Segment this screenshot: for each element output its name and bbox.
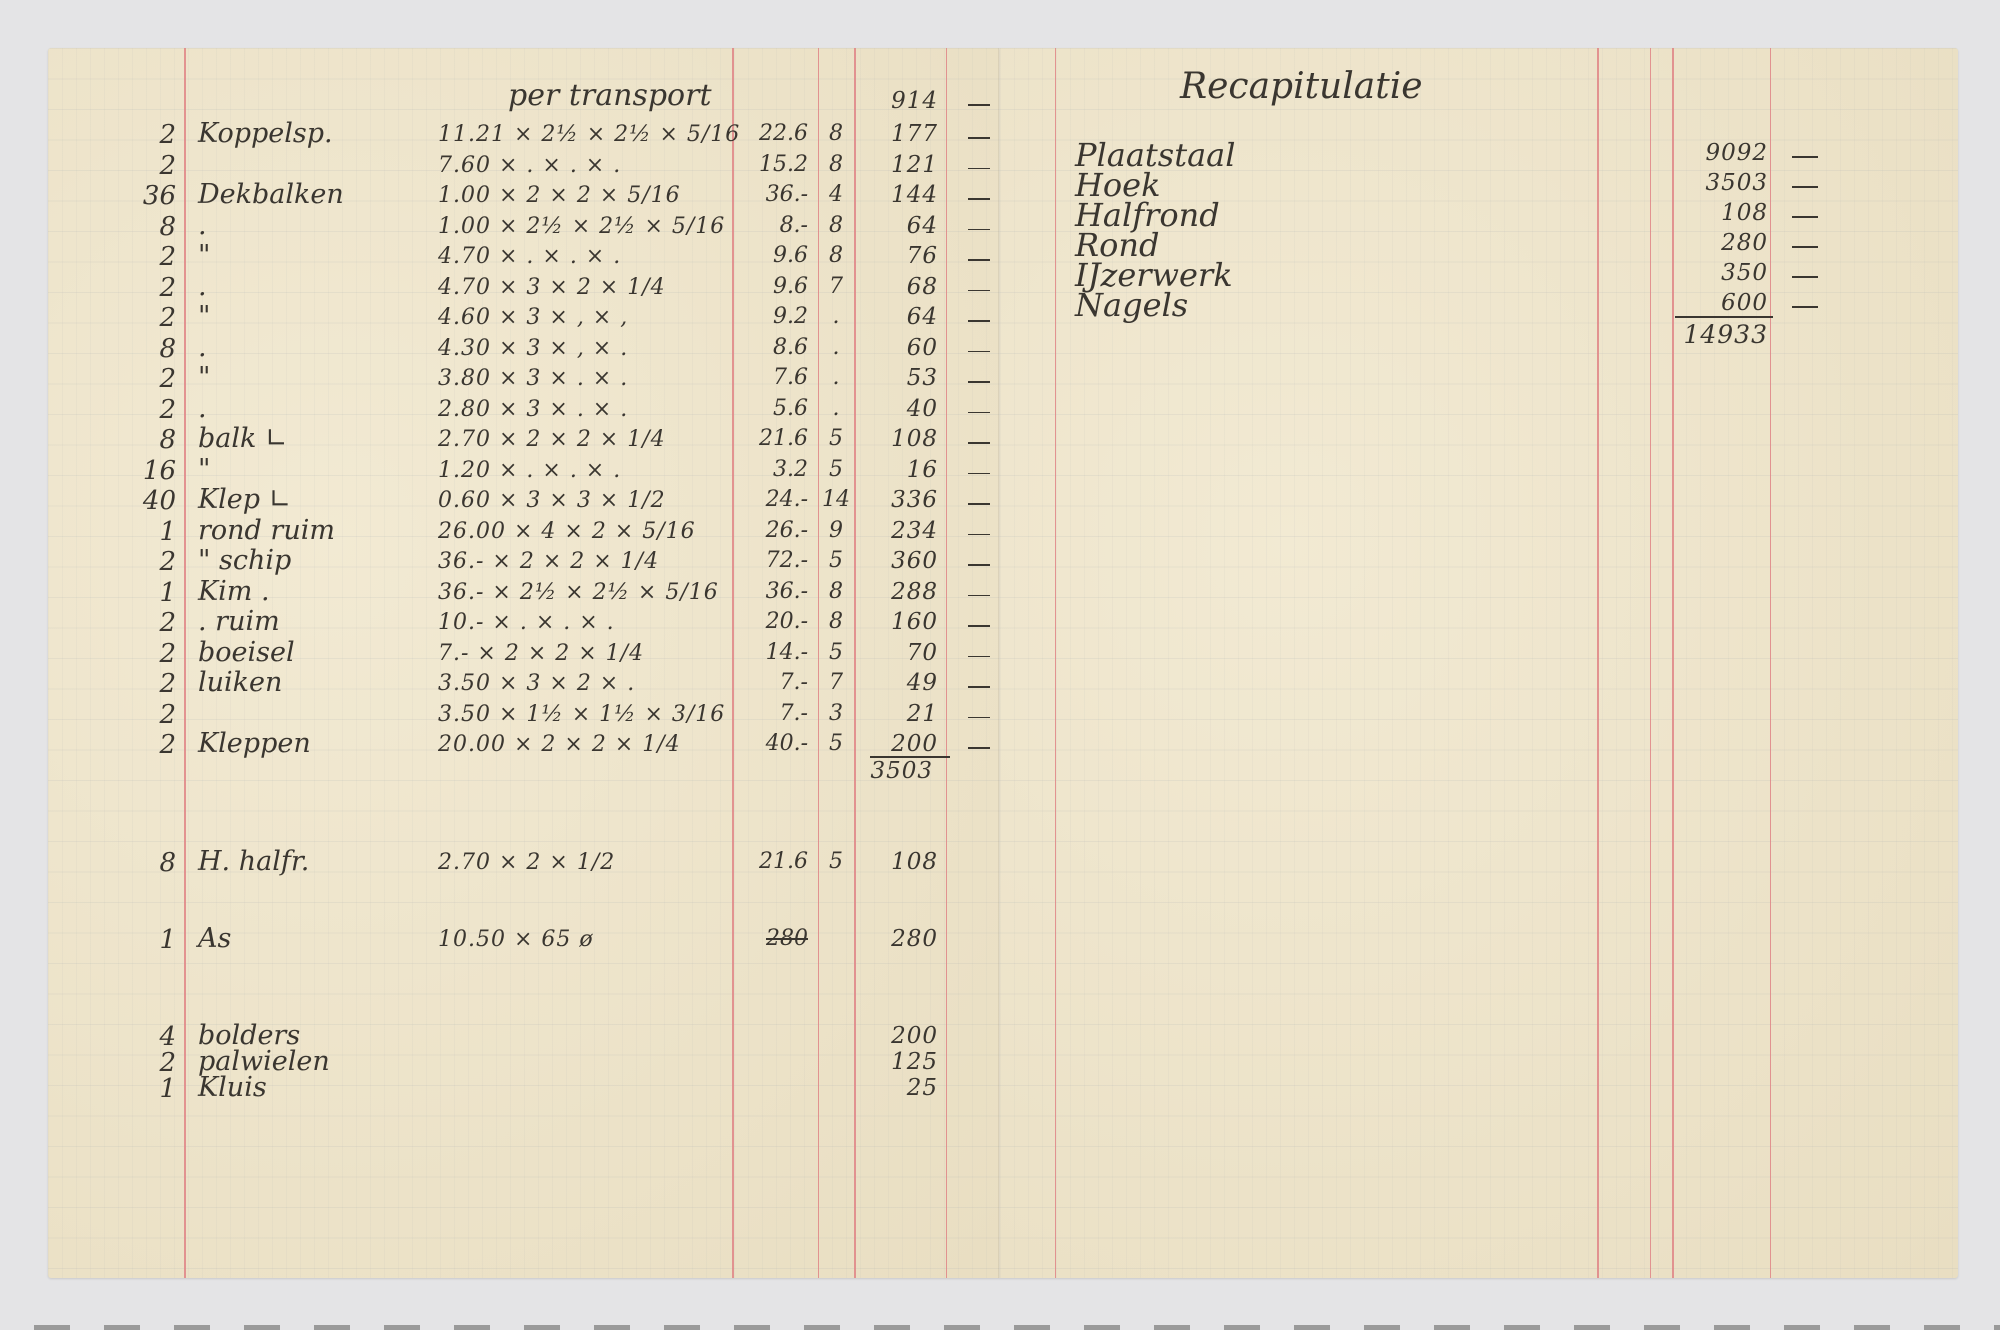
row-description: .	[198, 393, 207, 424]
recapitulatie-header: Recapitulatie	[1180, 66, 1423, 107]
row-weight: 5	[821, 548, 851, 573]
fitting-description: Kluis	[198, 1072, 267, 1103]
recap-amount: 350	[1688, 260, 1768, 286]
row-weight: 3	[821, 701, 851, 726]
row-description: Kleppen	[198, 728, 311, 759]
row-description: " schip	[198, 545, 291, 576]
row-weight: 5	[821, 640, 851, 665]
row-length: 26.-	[738, 518, 808, 543]
dash	[968, 259, 990, 261]
row-weight: 4	[821, 182, 851, 207]
row-amount: 360	[868, 548, 938, 574]
row-amount: 200	[868, 731, 938, 757]
row-quantity: 2	[136, 395, 176, 425]
dash	[968, 625, 990, 627]
row-weight: .	[821, 365, 851, 390]
recap-amount: 600	[1688, 290, 1768, 316]
row-length: 15.2	[738, 152, 808, 177]
row-length: 22.6	[738, 121, 808, 146]
fitting-amount: 200	[868, 1023, 938, 1049]
row-length: 7.-	[738, 670, 808, 695]
row-length: 9.2	[738, 304, 808, 329]
row-weight: 8	[821, 243, 851, 268]
row-weight: 5	[821, 426, 851, 451]
row-quantity: 2	[136, 151, 176, 181]
length-column-rule	[732, 48, 734, 1278]
right-page: Recapitulatie Plaatstaal9092Hoek3503Half…	[1000, 48, 1958, 1278]
recap-amount: 3503	[1688, 170, 1768, 196]
column-rule-3	[1672, 48, 1674, 1278]
weight-column-rule	[818, 48, 819, 1278]
row-amount: 144	[868, 182, 938, 208]
row-amount: 288	[868, 579, 938, 605]
row-amount: 53	[868, 365, 938, 391]
row-description: As	[198, 923, 231, 954]
row-quantity: 1	[136, 925, 176, 955]
row-amount: 76	[868, 243, 938, 269]
column-rule-4	[1770, 48, 1771, 1278]
row-weight: 9	[821, 518, 851, 543]
row-description: "	[198, 362, 210, 393]
row-length: 280	[738, 926, 808, 951]
dash	[1792, 186, 1818, 188]
dash	[968, 104, 990, 106]
row-dimensions: 36.- × 2 × 2 × 1/4	[438, 549, 659, 574]
row-dimensions: 1.00 × 2 × 2 × 5/16	[438, 183, 681, 208]
row-length: 36.-	[738, 182, 808, 207]
dash	[968, 229, 990, 231]
dash	[1792, 276, 1818, 278]
row-weight: .	[821, 335, 851, 360]
row-dimensions: 7.60 × . × . × .	[438, 153, 621, 178]
dash	[1792, 156, 1818, 158]
row-quantity: 2	[136, 669, 176, 699]
dash	[968, 442, 990, 444]
dash	[968, 168, 990, 170]
row-weight: .	[821, 304, 851, 329]
row-quantity: 2	[136, 273, 176, 303]
row-dimensions: 2.80 × 3 × . × .	[438, 397, 628, 422]
dash	[1792, 216, 1818, 218]
margin-rule	[1055, 48, 1056, 1278]
row-amount: 16	[868, 457, 938, 483]
amount-column-rule	[854, 48, 856, 1278]
row-length: 40.-	[738, 731, 808, 756]
dash	[968, 412, 990, 414]
row-dimensions: 3.80 × 3 × . × .	[438, 366, 628, 391]
row-quantity: 8	[136, 212, 176, 242]
row-weight: 8	[821, 213, 851, 238]
row-length: 36.-	[738, 579, 808, 604]
row-quantity: 2	[136, 303, 176, 333]
row-dimensions: 1.00 × 2½ × 2½ × 5/16	[438, 214, 725, 239]
row-dimensions: 3.50 × 1½ × 1½ × 3/16	[438, 702, 725, 727]
row-quantity: 16	[136, 456, 176, 486]
row-dimensions: 2.70 × 2 × 1/2	[438, 850, 615, 875]
row-length: 9.6	[738, 274, 808, 299]
dash	[968, 503, 990, 505]
row-quantity: 1	[136, 578, 176, 608]
margin-rule	[184, 48, 186, 1278]
row-dimensions: 26.00 × 4 × 2 × 5/16	[438, 519, 696, 544]
row-dimensions: 0.60 × 3 × 3 × 1/2	[438, 488, 666, 513]
dash	[968, 717, 990, 719]
carried-over-amount: 914	[868, 88, 938, 114]
dash	[968, 198, 990, 200]
row-amount: 108	[868, 426, 938, 452]
row-amount: 21	[868, 701, 938, 727]
row-amount: 64	[868, 304, 938, 330]
row-weight: 5	[821, 457, 851, 482]
row-dimensions: 20.00 × 2 × 2 × 1/4	[438, 732, 681, 757]
row-dimensions: 4.70 × . × . × .	[438, 244, 621, 269]
row-dimensions: 4.70 × 3 × 2 × 1/4	[438, 275, 666, 300]
row-dimensions: 2.70 × 2 × 2 × 1/4	[438, 427, 666, 452]
dash	[968, 564, 990, 566]
dash	[1792, 306, 1818, 308]
row-description: balk ∟	[198, 423, 288, 454]
row-weight: 7	[821, 274, 851, 299]
row-description: "	[198, 454, 210, 485]
row-length: 7.6	[738, 365, 808, 390]
row-weight: 5	[821, 731, 851, 756]
row-quantity: 1	[136, 517, 176, 547]
row-length: 14.-	[738, 640, 808, 665]
dash	[968, 595, 990, 597]
dash	[968, 381, 990, 383]
row-weight: 8	[821, 121, 851, 146]
row-amount: 177	[868, 121, 938, 147]
row-dimensions: 4.30 × 3 × , × .	[438, 336, 628, 361]
row-dimensions: 10.- × . × . × .	[438, 610, 615, 635]
row-description: rond ruim	[198, 515, 335, 546]
row-quantity: 2	[136, 364, 176, 394]
recap-label: Nagels	[1075, 286, 1188, 324]
row-amount: 40	[868, 396, 938, 422]
dash	[968, 473, 990, 475]
row-dimensions: 3.50 × 3 × 2 × .	[438, 671, 635, 696]
row-weight: 7	[821, 670, 851, 695]
row-amount: 234	[868, 518, 938, 544]
row-length: 21.6	[738, 426, 808, 451]
row-length: 5.6	[738, 396, 808, 421]
amount-right-rule	[946, 48, 947, 1278]
row-description: luiken	[198, 667, 282, 698]
row-amount: 121	[868, 152, 938, 178]
row-quantity: 2	[136, 120, 176, 150]
row-dimensions: 1.20 × . × . × .	[438, 458, 621, 483]
grand-total: 14933	[1682, 320, 1768, 349]
row-description: .	[198, 271, 207, 302]
row-amount: 68	[868, 274, 938, 300]
row-length: 21.6	[738, 849, 808, 874]
row-quantity: 2	[136, 639, 176, 669]
dash	[968, 351, 990, 353]
row-weight: 5	[821, 849, 851, 874]
row-weight: .	[821, 396, 851, 421]
dash	[968, 747, 990, 749]
row-dimensions: 7.- × 2 × 2 × 1/4	[438, 641, 644, 666]
row-description: "	[198, 240, 210, 271]
row-quantity: 2	[136, 608, 176, 638]
dash	[968, 290, 990, 292]
row-length: 20.-	[738, 609, 808, 634]
per-transport-header: per transport	[508, 78, 712, 113]
row-description: Klep ∟	[198, 484, 291, 515]
row-description: .	[198, 332, 207, 363]
row-weight: 14	[821, 487, 851, 512]
row-description: .	[198, 210, 207, 241]
row-quantity: 8	[136, 848, 176, 878]
row-quantity: 2	[136, 700, 176, 730]
row-amount: 70	[868, 640, 938, 666]
row-amount: 60	[868, 335, 938, 361]
row-description: Koppelsp.	[198, 118, 333, 149]
row-length: 72.-	[738, 548, 808, 573]
fitting-amount: 125	[868, 1049, 938, 1075]
dash	[968, 320, 990, 322]
fitting-amount: 25	[868, 1075, 938, 1101]
fitting-quantity: 1	[136, 1074, 176, 1104]
row-amount: 336	[868, 487, 938, 513]
row-quantity: 2	[136, 547, 176, 577]
dash	[968, 137, 990, 139]
row-dimensions: 36.- × 2½ × 2½ × 5/16	[438, 580, 719, 605]
row-amount: 64	[868, 213, 938, 239]
row-quantity: 40	[136, 486, 176, 516]
row-quantity: 8	[136, 334, 176, 364]
row-amount: 108	[868, 849, 938, 875]
row-weight: 8	[821, 579, 851, 604]
row-dimensions: 11.21 × 2½ × 2½ × 5/16	[438, 122, 740, 147]
row-weight: 8	[821, 152, 851, 177]
row-dimensions: 4.60 × 3 × , × ,	[438, 305, 628, 330]
row-dimensions: 10.50 × 65 ø	[438, 927, 594, 952]
row-length: 24.-	[738, 487, 808, 512]
dash	[968, 656, 990, 658]
left-page: per transport 914 2Koppelsp.11.21 × 2½ ×…	[48, 48, 1000, 1278]
recap-amount: 280	[1688, 230, 1768, 256]
recap-amount: 9092	[1688, 140, 1768, 166]
dash	[968, 686, 990, 688]
row-amount: 49	[868, 670, 938, 696]
row-length: 8.-	[738, 213, 808, 238]
row-description: Kim .	[198, 576, 270, 607]
row-quantity: 8	[136, 425, 176, 455]
row-quantity: 36	[136, 181, 176, 211]
total-underline	[1675, 316, 1773, 318]
row-description: H. halfr.	[198, 846, 309, 877]
row-description: Dekbalken	[198, 179, 344, 210]
subtotal-amount: 3503	[863, 758, 933, 784]
row-quantity: 2	[136, 730, 176, 760]
row-length: 9.6	[738, 243, 808, 268]
row-amount: 280	[868, 926, 938, 952]
recap-amount: 108	[1688, 200, 1768, 226]
row-amount: 160	[868, 609, 938, 635]
column-rule-2	[1650, 48, 1651, 1278]
row-description: . ruim	[198, 606, 280, 637]
dash	[1792, 246, 1818, 248]
row-length: 8.6	[738, 335, 808, 360]
column-rule-1	[1597, 48, 1599, 1278]
dash	[968, 534, 990, 536]
ledger-spread: per transport 914 2Koppelsp.11.21 × 2½ ×…	[48, 48, 2000, 1278]
row-length: 3.2	[738, 457, 808, 482]
row-description: boeisel	[198, 637, 295, 668]
row-quantity: 2	[136, 242, 176, 272]
calibration-strip	[0, 1325, 2000, 1330]
row-description: "	[198, 301, 210, 332]
row-weight: 8	[821, 609, 851, 634]
row-length: 7.-	[738, 701, 808, 726]
